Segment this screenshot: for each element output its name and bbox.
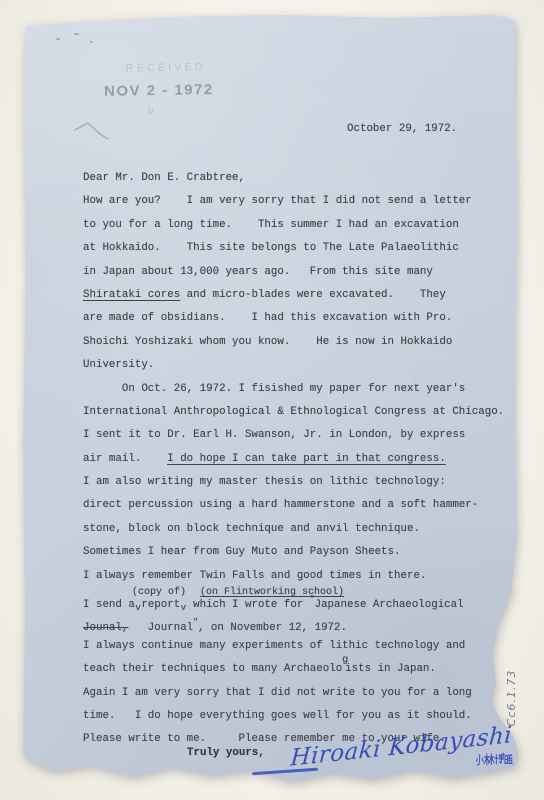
letter-text-segment: I always continue many experiments of li… <box>83 640 465 652</box>
letter-text-segment: I am also writing my master thesis on li… <box>83 476 446 488</box>
letter-line: air mail. I do hope I can take part in t… <box>83 448 504 471</box>
letter-line: in Japan about 13,000 years ago. From th… <box>83 261 504 284</box>
letter-text-segment: Jounal, <box>83 622 128 634</box>
signature-kanji <box>476 752 514 767</box>
letter-text-segment: and micro-blades were excavated. They <box>180 289 446 301</box>
letter-text-segment: Again I am very sorry that I did not wri… <box>83 687 472 699</box>
letter-line: On Oct. 26, 1972. I fisished my paper fo… <box>83 378 504 401</box>
received-stamp: RECEIVED NOV 2 - 1972 . u . <box>104 61 215 117</box>
letter-text-segment: at Hokkaido. This site belongs to The La… <box>83 242 459 254</box>
letter-content: RECEIVED NOV 2 - 1972 . u . October 29, … <box>0 0 544 800</box>
letter-text-segment: Journal <box>128 622 193 634</box>
letter-line: I sent it to Dr. Earl H. Swanson, Jr. in… <box>83 424 504 447</box>
letter-text-segment: to you for a long time. This summer I ha… <box>83 219 459 231</box>
letter-line: time. I do hope everything goes well for… <box>83 705 504 728</box>
letter-closing: Truly yours, <box>187 747 265 759</box>
ink-smudge <box>56 38 60 40</box>
letter-line: Shirataki cores and micro-blades were ex… <box>83 284 504 307</box>
stamp-faint-marks: . u . <box>134 104 214 116</box>
pencil-scribble <box>70 118 120 146</box>
letter-text-segment: ists in Japan. <box>345 663 436 675</box>
stamp-received-text: RECEIVED <box>126 61 214 75</box>
letter-line: Dear Mr. Don E. Crabtree, <box>83 167 504 190</box>
letter-text-segment: How are you? I am very sorry that I did … <box>83 195 472 207</box>
ink-smudge <box>90 41 93 43</box>
insertion-flintworking: (on Flintworking school) <box>200 587 344 598</box>
letter-text-segment: teach their techniques to many Archaeolo <box>83 663 342 675</box>
letter-text-segment: University. <box>83 359 154 371</box>
letter-line: direct percussion using a hard hammersto… <box>83 494 504 517</box>
letter-text-segment: g <box>342 649 345 672</box>
typed-insertion: (copy of)(on Flintworking school) <box>96 576 344 609</box>
letter-text-segment: are made of obsidians. I had this excava… <box>83 312 452 324</box>
letter-date: October 29, 1972. <box>347 123 457 135</box>
letter-line: I always continue many experiments of li… <box>83 635 504 658</box>
letter-line: University. <box>83 354 504 377</box>
letter-text-segment: I do hope I can take part in that congre… <box>167 453 446 465</box>
letter-body: Dear Mr. Don E. Crabtree,How are you? I … <box>83 167 504 752</box>
letter-line: stone, block on block technique and anvi… <box>83 518 504 541</box>
ink-smudge <box>74 33 79 35</box>
letter-text-segment: air mail. <box>83 453 167 465</box>
letter-line: at Hokkaido. This site belongs to The La… <box>83 237 504 260</box>
stamp-date-text: NOV 2 - 1972 <box>104 81 214 100</box>
scanned-letter-page: RECEIVED NOV 2 - 1972 . u . October 29, … <box>0 0 544 800</box>
letter-text-segment: , on November 12, 1972. <box>198 622 347 634</box>
letter-line: are made of obsidians. I had this excava… <box>83 307 504 330</box>
letter-text-segment: I sent it to Dr. Earl H. Swanson, Jr. in… <box>83 429 465 441</box>
letter-text-segment: International Anthropological & Ethnolog… <box>83 406 504 418</box>
letter-text-segment: direct percussion using a hard hammersto… <box>83 499 478 511</box>
letter-line: teach their techniques to many Archaeolo… <box>83 658 504 681</box>
letter-text-segment: Sometimes I hear from Guy Muto and Payso… <box>83 546 400 558</box>
letter-line: Jounal, Journal", on November 12, 1972. <box>83 611 504 634</box>
letter-line: International Anthropological & Ethnolog… <box>83 401 504 424</box>
letter-line: Again I am very sorry that I did not wri… <box>83 682 504 705</box>
letter-text-segment: time. I do hope everything goes well for… <box>83 710 472 722</box>
letter-text-segment: On Oct. 26, 1972. I fisished my paper fo… <box>83 383 465 395</box>
letter-text-segment: Shoichi Yoshizaki whom you know. He is n… <box>83 336 452 348</box>
signature-ink-dash <box>252 768 318 775</box>
insertion-copy-of: (copy of) <box>132 587 186 598</box>
letter-text-segment: stone, block on block technique and anvi… <box>83 523 420 535</box>
letter-text-segment: in Japan about 13,000 years ago. From th… <box>83 266 433 278</box>
archival-note: Cc6.1.73 <box>505 658 519 738</box>
letter-line: I am also writing my master thesis on li… <box>83 471 504 494</box>
letter-text-segment: Shirataki cores <box>83 289 180 301</box>
letter-line: How are you? I am very sorry that I did … <box>83 190 504 213</box>
letter-line: Sometimes I hear from Guy Muto and Payso… <box>83 541 504 564</box>
letter-text-segment: Dear Mr. Don E. Crabtree, <box>83 172 245 184</box>
letter-line: Shoichi Yoshizaki whom you know. He is n… <box>83 331 504 354</box>
letter-line: to you for a long time. This summer I ha… <box>83 214 504 237</box>
